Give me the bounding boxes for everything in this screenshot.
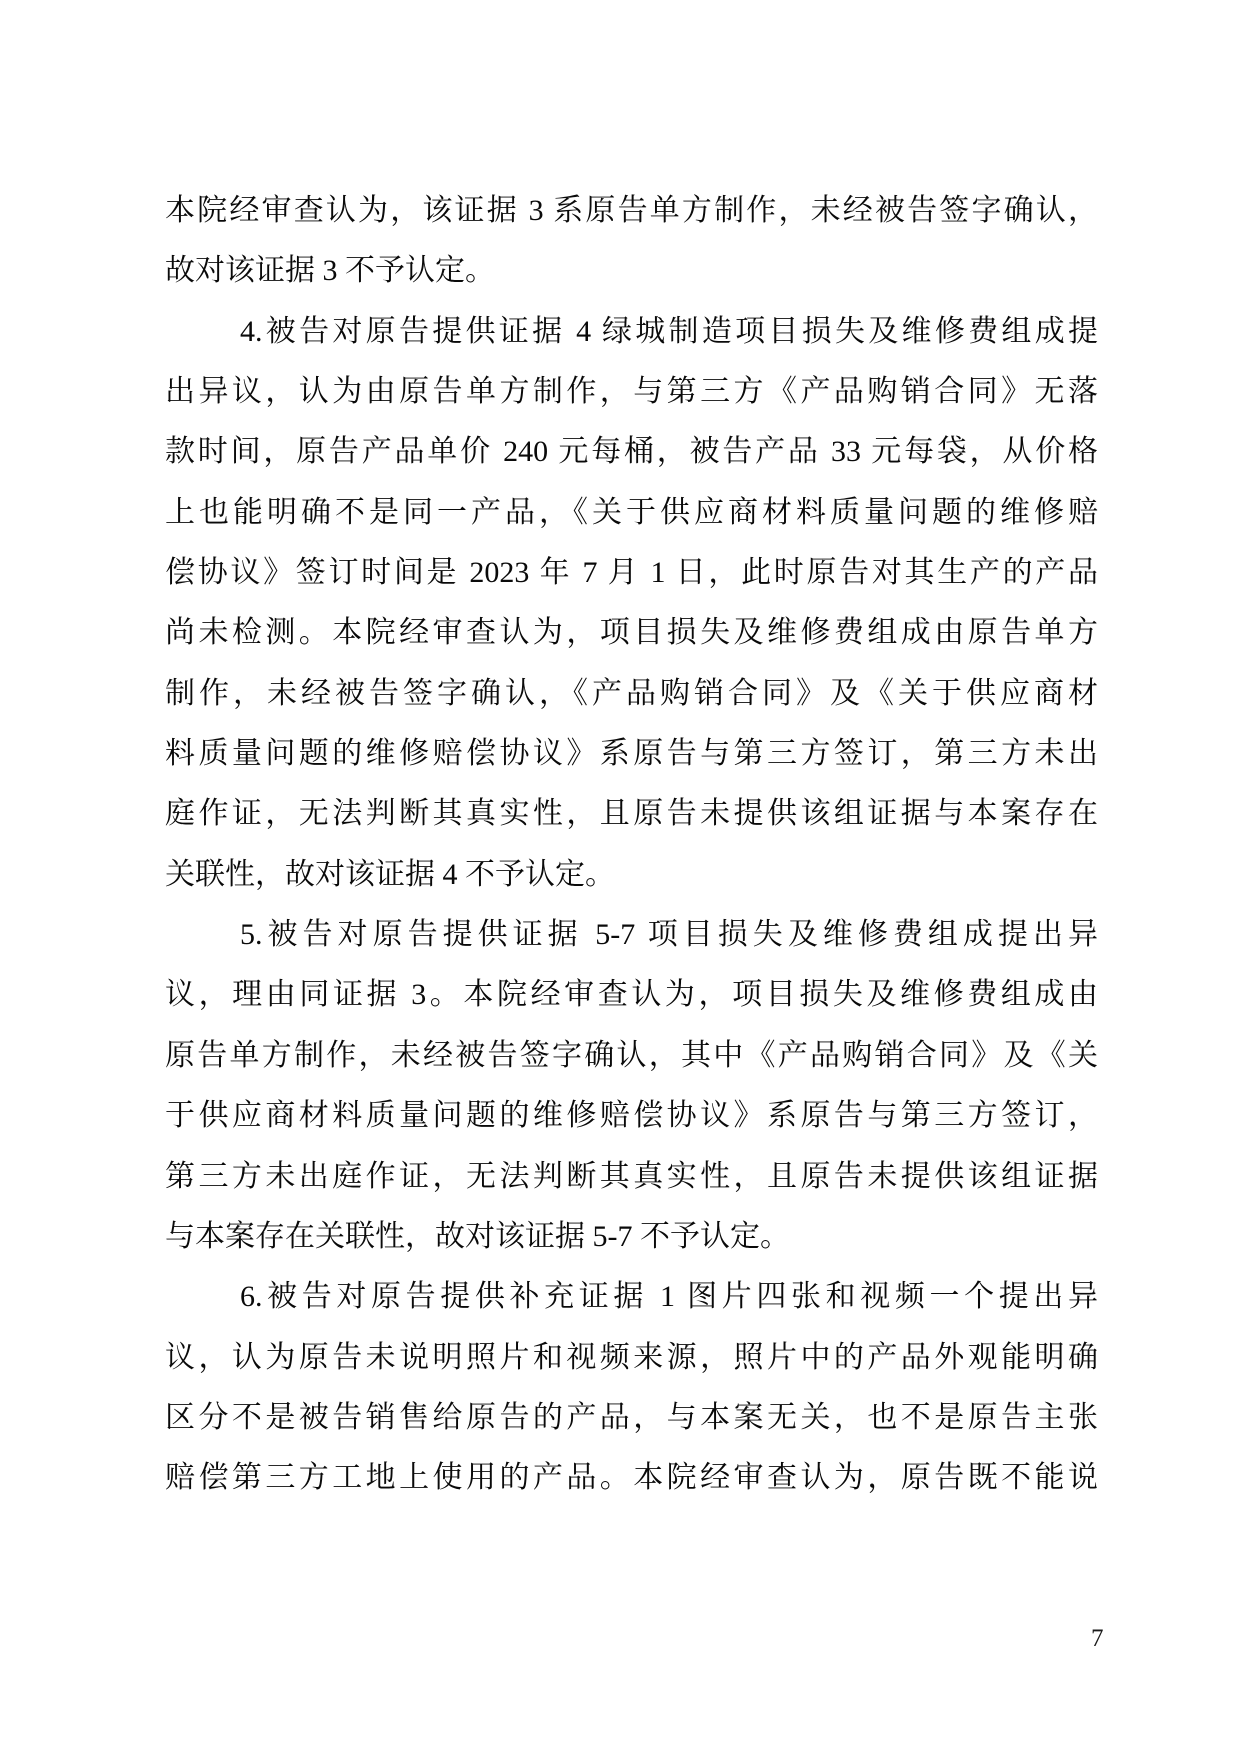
text-line: 5.被告对原告提供证据 5-7 项目损失及维修费组成提出异 xyxy=(165,905,1098,965)
text-line: 本院经审查认为，该证据 3 系原告单方制作，未经被告签字确认， xyxy=(165,181,1098,241)
text-line: 关联性，故对该证据 4 不予认定。 xyxy=(165,845,1098,905)
text-line: 区分不是被告销售给原告的产品，与本案无关，也不是原告主张 xyxy=(165,1388,1098,1448)
text-line: 与本案存在关联性，故对该证据 5-7 不予认定。 xyxy=(165,1207,1098,1267)
text-line: 第三方未出庭作证，无法判断其真实性，且原告未提供该组证据 xyxy=(165,1147,1098,1207)
text-line: 议，理由同证据 3。本院经审查认为，项目损失及维修费组成由 xyxy=(165,965,1098,1025)
text-line: 尚未检测。本院经审查认为，项目损失及维修费组成由原告单方 xyxy=(165,603,1098,663)
text-line: 议，认为原告未说明照片和视频来源，照片中的产品外观能明确 xyxy=(165,1328,1098,1388)
document-page: 本院经审查认为，该证据 3 系原告单方制作，未经被告签字确认， 故对该证据 3 … xyxy=(0,0,1241,1754)
page-number: 7 xyxy=(1091,1624,1104,1654)
text-line: 原告单方制作，未经被告签字确认，其中《产品购销合同》及《关 xyxy=(165,1026,1098,1086)
text-line: 庭作证，无法判断其真实性，且原告未提供该组证据与本案存在 xyxy=(165,784,1098,844)
text-line: 6.被告对原告提供补充证据 1 图片四张和视频一个提出异 xyxy=(165,1267,1098,1327)
text-line: 制作，未经被告签字确认，《产品购销合同》及《关于供应商材 xyxy=(165,664,1098,724)
judgment-text-block: 本院经审查认为，该证据 3 系原告单方制作，未经被告签字确认， 故对该证据 3 … xyxy=(165,181,1098,1509)
text-line: 赔偿第三方工地上使用的产品。本院经审查认为，原告既不能说 xyxy=(165,1448,1098,1508)
text-line: 料质量问题的维修赔偿协议》系原告与第三方签订，第三方未出 xyxy=(165,724,1098,784)
text-line: 故对该证据 3 不予认定。 xyxy=(165,241,1098,301)
text-line: 款时间，原告产品单价 240 元每桶，被告产品 33 元每袋，从价格 xyxy=(165,422,1098,482)
text-line: 偿协议》签订时间是 2023 年 7 月 1 日，此时原告对其生产的产品 xyxy=(165,543,1098,603)
text-line: 出异议，认为由原告单方制作，与第三方《产品购销合同》无落 xyxy=(165,362,1098,422)
text-line: 4.被告对原告提供证据 4 绿城制造项目损失及维修费组成提 xyxy=(165,302,1098,362)
text-line: 于供应商材料质量问题的维修赔偿协议》系原告与第三方签订， xyxy=(165,1086,1098,1146)
text-line: 上也能明确不是同一产品，《关于供应商材料质量问题的维修赔 xyxy=(165,483,1098,543)
